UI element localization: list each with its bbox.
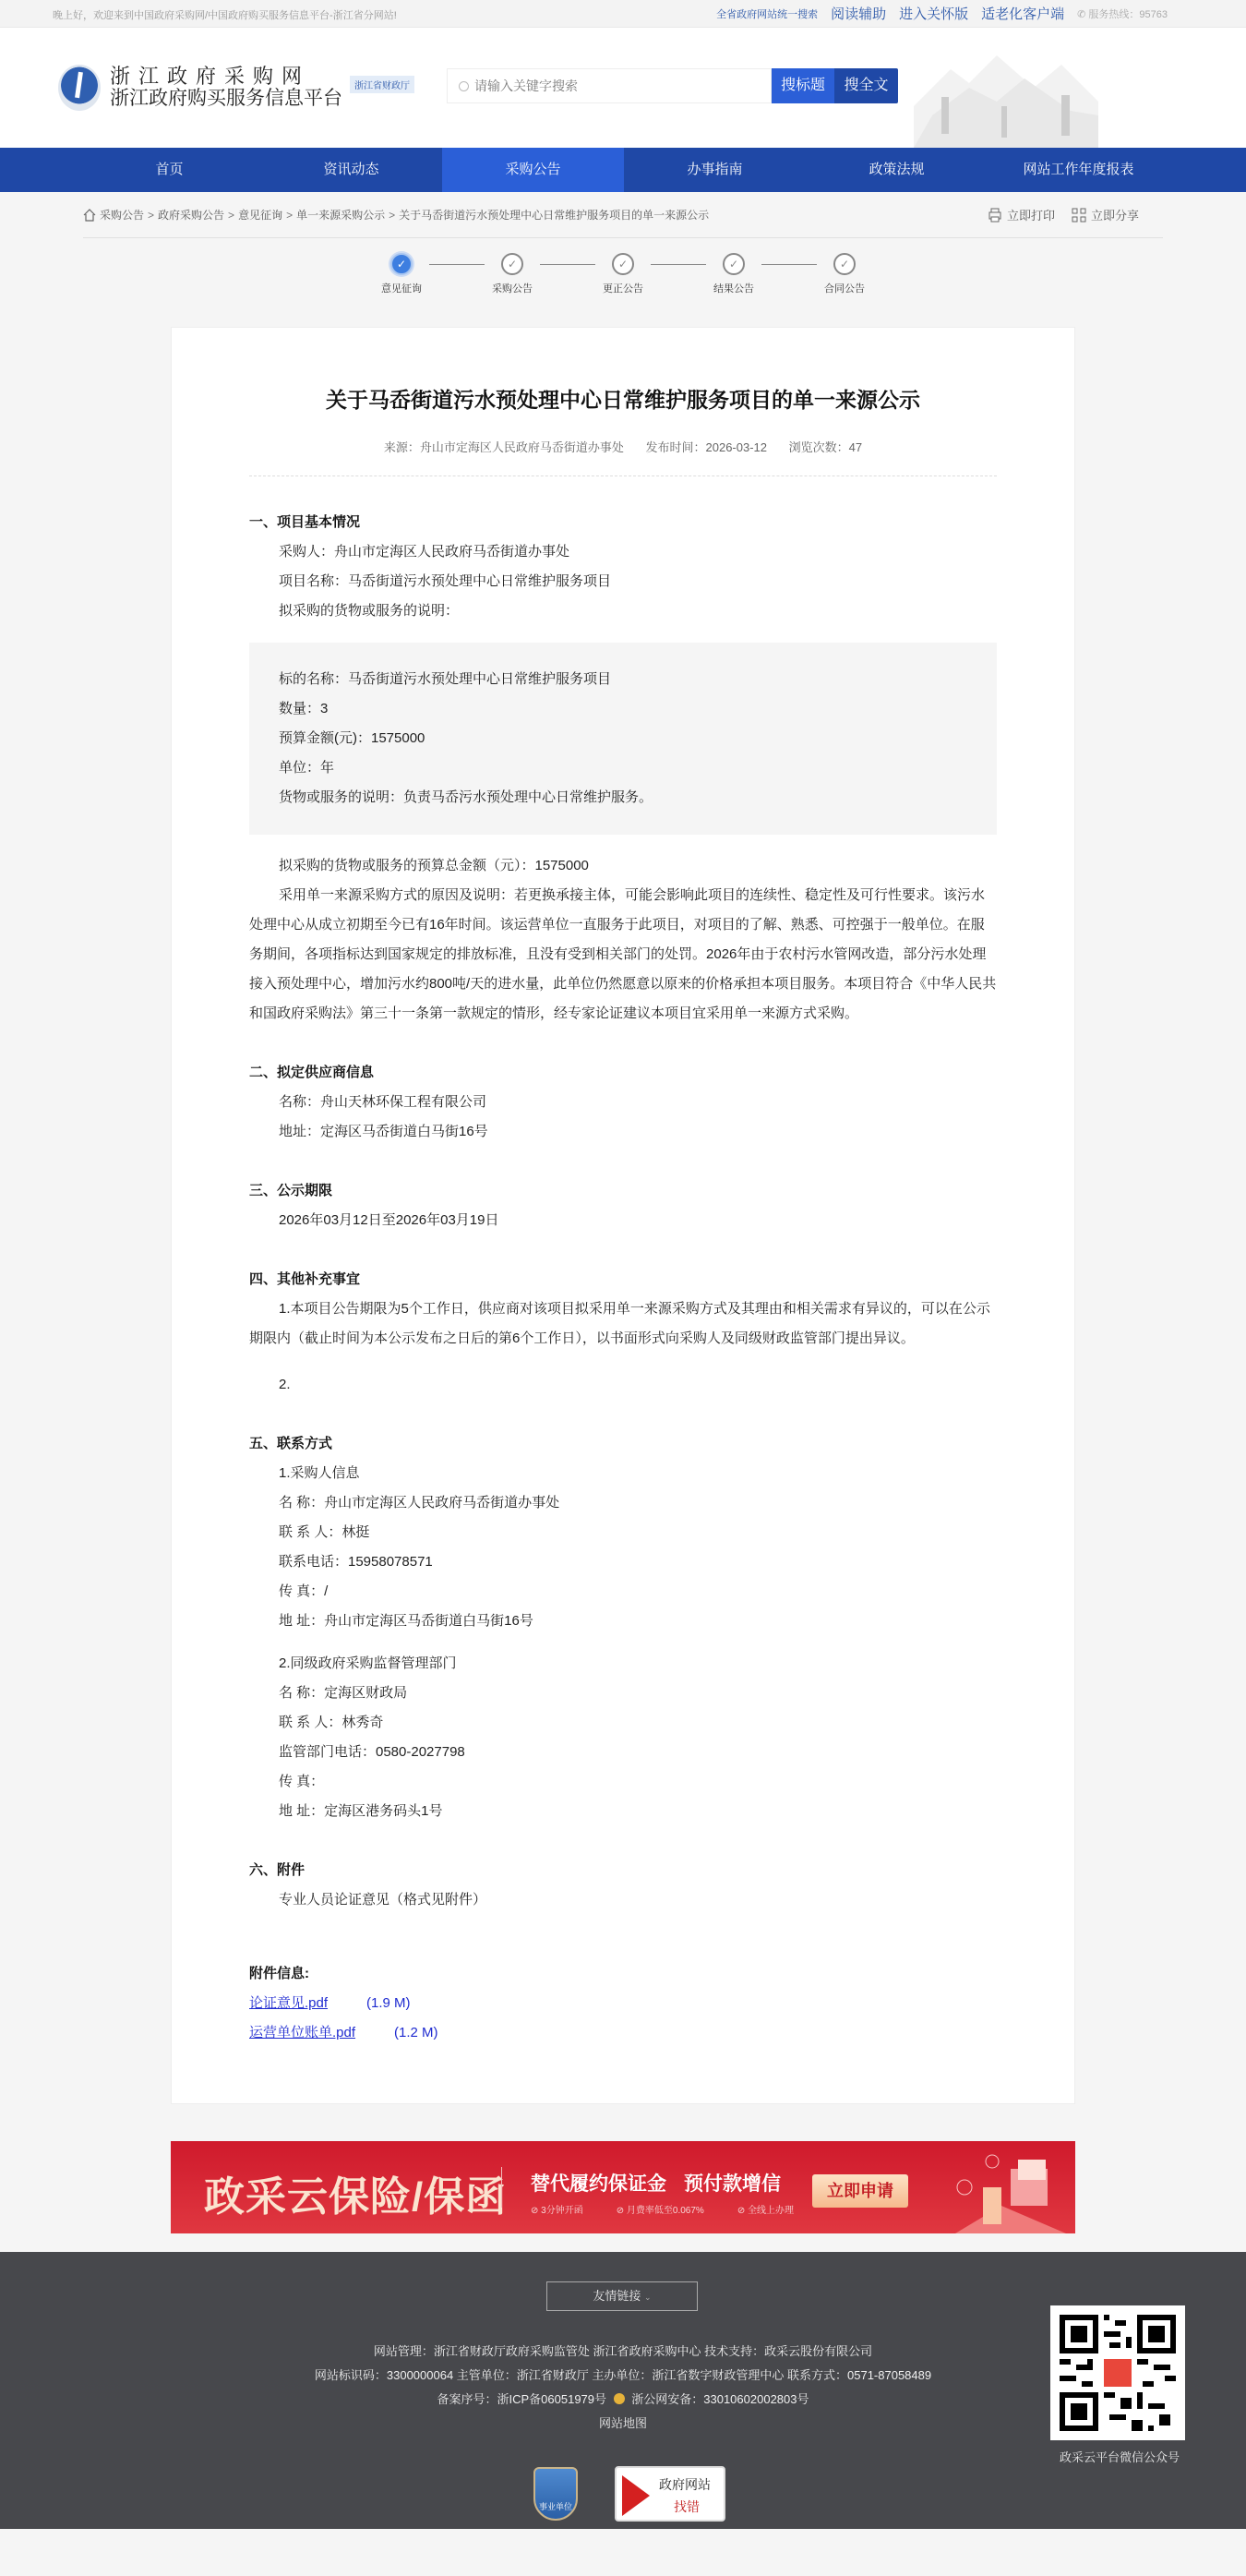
section-title: 一、项目基本情况	[249, 508, 997, 537]
nav-annual-report[interactable]: 网站工作年度报表	[988, 148, 1169, 192]
sitemap-link[interactable]: 网站地图	[599, 2416, 647, 2430]
nav-procurement-notices[interactable]: 采购公告	[442, 148, 624, 192]
section-title: 六、附件	[249, 1856, 997, 1885]
purchaser-contact-person: 联 系 人：林挺	[249, 1518, 997, 1547]
nav-home[interactable]: 首页	[78, 148, 260, 192]
step-contract[interactable]: ✓ 合同公告	[817, 253, 872, 295]
top-bar: 晚上好，欢迎来到中国政府采购网/中国政府购买服务信息平台-浙江省分网站! 全省政…	[0, 0, 1246, 28]
section-title: 四、其他补充事宜	[249, 1265, 997, 1294]
qr-share-icon	[1072, 208, 1086, 223]
nav-policies[interactable]: 政策法规	[806, 148, 988, 192]
isometric-illustration-icon	[937, 2150, 1066, 2233]
step-label: 采购公告	[492, 281, 533, 295]
check-icon: ⊘	[737, 2206, 748, 2216]
purchaser-fax: 传 真：/	[249, 1577, 997, 1607]
divider	[249, 475, 997, 476]
step-label: 意见征询	[381, 281, 422, 295]
breadcrumb: 采购公告 > 政府采购公告 > 意见征询 > 单一来源采购公示 > 关于马岙街道…	[83, 192, 1163, 238]
phone-icon: ✆	[1077, 9, 1088, 20]
goods-detail-box: 标的名称：马岙街道污水预处理中心日常维护服务项目 数量：3 预算金额(元)：15…	[249, 643, 997, 835]
friend-links-dropdown[interactable]: 友情链接 ⌄	[546, 2281, 698, 2311]
supervisor-fax: 传 真：	[249, 1767, 997, 1797]
check-icon: ✓	[612, 253, 634, 275]
section-title: 二、拟定供应商信息	[249, 1058, 997, 1088]
attachments-title: 附件信息:	[249, 1959, 997, 1989]
badge-error-text: 找错	[674, 2498, 700, 2516]
item-budget: 预算金额(元)：1575000	[249, 724, 997, 753]
banner-feature: ⊘ 全线上办理	[737, 2202, 794, 2216]
care-version-link[interactable]: 进入关怀版	[899, 4, 968, 23]
logo-subtitle: 浙江政府购买服务信息平台	[110, 88, 342, 110]
step-label: 结果公告	[713, 281, 754, 295]
notice-progress-steps: ✓ 意见征询 ✓ 采购公告 ✓ 更正公告 ✓ 结果公告 ✓ 合同公告	[0, 253, 1246, 327]
article-meta: 来源：舟山市定海区人民政府马岙街道办事处 发布时间：2026-03-12 浏览次…	[249, 438, 997, 455]
breadcrumb-single-source[interactable]: 单一来源采购公示	[296, 207, 385, 223]
wechat-qr-code	[1050, 2305, 1185, 2440]
attachment-row: 论证意见.pdf(1.9 M)	[249, 1989, 997, 2018]
search-fulltext-button[interactable]: 搜全文	[834, 68, 898, 103]
share-button[interactable]: 立即分享	[1072, 206, 1139, 223]
notice-period: 2026年03月12日至2026年03月19日	[249, 1206, 997, 1235]
step-connector	[429, 264, 485, 265]
search-title-button[interactable]: 搜标题	[772, 68, 834, 103]
attachment-link[interactable]: 论证意见.pdf	[249, 1995, 328, 2011]
step-label: 合同公告	[824, 281, 865, 295]
purchaser: 采购人：舟山市定海区人民政府马岙街道办事处	[249, 537, 997, 567]
qr-code-icon	[1060, 2315, 1176, 2431]
purchaser-phone: 联系电话：15958078571	[249, 1547, 997, 1577]
attachment-link[interactable]: 运营单位账单.pdf	[249, 2025, 355, 2040]
police-badge-icon	[614, 2393, 625, 2404]
supplier-address: 地址：定海区马岙街道白马街16号	[249, 1117, 997, 1147]
supplementary-item-1: 1.本项目公告期限为5个工作日，供应商对该项目拟采用单一来源采购方式及其理由和相…	[249, 1294, 997, 1354]
badge-error-text: 政府网站	[659, 2475, 711, 2494]
site-footer: 友情链接 ⌄ 网站管理：浙江省财政厅政府采购监管处 浙江省政府采购中心 技术支持…	[0, 2252, 1246, 2529]
welcome-text: 晚上好，欢迎来到中国政府采购网/中国政府购买服务信息平台-浙江省分网站!	[53, 7, 397, 22]
item-unit: 单位：年	[249, 753, 997, 783]
project-name: 项目名称：马岙街道污水预处理中心日常维护服务项目	[249, 567, 997, 596]
search-box[interactable]	[447, 68, 772, 103]
article-title: 关于马岙街道污水预处理中心日常维护服务项目的单一来源公示	[249, 383, 997, 414]
purchaser-contact-name: 名 称：舟山市定海区人民政府马岙街道办事处	[249, 1488, 997, 1518]
search-input[interactable]	[474, 78, 751, 93]
mountain-decoration-icon	[914, 51, 1098, 148]
banner-features: ⊘ 3分钟开函 ⊘ 月费率低至0.067% ⊘ 全线上办理	[531, 2202, 794, 2216]
check-icon: ⊘	[617, 2206, 627, 2216]
breadcrumb-gov-procurement[interactable]: 政府采购公告	[158, 207, 224, 223]
institution-badge-icon[interactable]: 事业单位	[533, 2467, 578, 2521]
breadcrumb-separator: >	[228, 209, 234, 222]
banner-feature: ⊘ 3分钟开函	[531, 2202, 583, 2216]
banner-headline: 政采云保险/保函	[204, 2163, 507, 2222]
emblem-icon	[58, 65, 101, 111]
goods-desc-label: 拟采购的货物或服务的说明：	[249, 596, 997, 626]
divider	[501, 2167, 502, 2208]
home-icon[interactable]	[83, 209, 96, 222]
police-record-link[interactable]: 浙公网安备：33010602002803号	[631, 2392, 809, 2406]
insurance-ad-banner[interactable]: 政采云保险/保函 替代履约保证金 预付款增信 ⊘ 3分钟开函 ⊘ 月费率低至0.…	[171, 2141, 1075, 2233]
hotline-text: 服务热线：95763	[1088, 9, 1168, 20]
article: 关于马岙街道污水预处理中心日常维护服务项目的单一来源公示 来源：舟山市定海区人民…	[171, 327, 1075, 2104]
search-icon	[459, 81, 469, 91]
print-label: 立即打印	[1007, 206, 1055, 223]
section-title: 三、公示期限	[249, 1176, 997, 1206]
share-label: 立即分享	[1091, 206, 1139, 223]
main-nav: 首页 资讯动态 采购公告 办事指南 政策法规 网站工作年度报表	[0, 148, 1246, 192]
banner-sub1: 替代履约保证金	[531, 2169, 666, 2197]
supplementary-item-2: 2.	[249, 1370, 997, 1400]
supervisor-contact-person: 联 系 人：林秀奇	[249, 1708, 997, 1738]
site-logo[interactable]: 浙江政府采购网 浙江政府购买服务信息平台 浙江省财政厅	[58, 65, 414, 111]
attachment-note: 专业人员论证意见（格式见附件）	[249, 1885, 997, 1915]
check-icon: ⊘	[531, 2206, 541, 2216]
printer-icon	[988, 208, 1002, 223]
breadcrumb-separator: >	[148, 209, 154, 222]
attachment-row: 运营单位账单.pdf(1.2 M)	[249, 2018, 997, 2048]
elderly-client-link[interactable]: 适老化客户端	[981, 4, 1064, 23]
check-icon: ✓	[501, 253, 523, 275]
report-error-badge[interactable]: 政府网站 找错	[615, 2466, 725, 2522]
supplier-name: 名称：舟山天林环保工程有限公司	[249, 1088, 997, 1117]
supervisor-name: 名 称：定海区财政局	[249, 1679, 997, 1708]
purchaser-info-heading: 1.采购人信息	[249, 1459, 997, 1488]
print-button[interactable]: 立即打印	[988, 206, 1055, 223]
item-name: 标的名称：马岙街道污水预处理中心日常维护服务项目	[249, 665, 997, 694]
banner-feature: ⊘ 月费率低至0.067%	[617, 2202, 704, 2216]
step-connector	[651, 264, 706, 265]
friend-links-label: 友情链接	[593, 2289, 641, 2303]
supervisor-address: 地 址：定海区港务码头1号	[249, 1797, 997, 1826]
step-correction[interactable]: ✓ 更正公告	[595, 253, 651, 295]
check-icon: ✓	[723, 253, 745, 275]
logo-badge: 浙江省财政厅	[350, 76, 414, 93]
total-budget: 拟采购的货物或服务的预算总金额（元）：1575000	[249, 851, 997, 881]
step-connector	[540, 264, 595, 265]
step-label: 更正公告	[603, 281, 643, 295]
item-quantity: 数量：3	[249, 694, 997, 724]
attachment-size: (1.2 M)	[394, 2025, 438, 2040]
breadcrumb-current: 关于马岙街道污水预处理中心日常维护服务项目的单一来源公示	[399, 207, 709, 223]
step-consultation[interactable]: ✓ 意见征询	[374, 253, 429, 295]
banner-sub2: 预付款增信	[684, 2169, 781, 2197]
breadcrumb-separator: >	[286, 209, 293, 222]
purchaser-address: 地 址：舟山市定海区马岙街道白马街16号	[249, 1607, 997, 1636]
check-icon: ✓	[390, 253, 413, 275]
check-icon: ✓	[833, 253, 856, 275]
province-search-link[interactable]: 全省政府网站统一搜索	[716, 6, 818, 21]
item-desc: 货物或服务的说明：负责马岙污水预处理中心日常维护服务。	[249, 783, 997, 813]
qr-caption: 政采云平台微信公众号	[1041, 2448, 1198, 2465]
site-header: 浙江政府采购网 浙江政府购买服务信息平台 浙江省财政厅 搜标题 搜全文	[0, 28, 1246, 148]
supervisor-phone: 监管部门电话：0580-2027798	[249, 1738, 997, 1767]
breadcrumb-consultation[interactable]: 意见征询	[238, 207, 282, 223]
hotline: ✆ 服务热线：95763	[1077, 6, 1168, 21]
nav-guide[interactable]: 办事指南	[624, 148, 806, 192]
breadcrumb-procurement-notices[interactable]: 采购公告	[100, 207, 144, 223]
supervisor-heading: 2.同级政府采购监督管理部门	[249, 1649, 997, 1679]
step-procurement[interactable]: ✓ 采购公告	[485, 253, 540, 295]
article-views: 浏览次数：47	[789, 440, 862, 454]
step-result[interactable]: ✓ 结果公告	[706, 253, 761, 295]
reading-assist-link[interactable]: 阅读辅助	[831, 4, 886, 23]
chevron-down-icon: ⌄	[644, 2293, 652, 2302]
icp-link[interactable]: 备案序号：浙ICP备06051979号	[437, 2392, 607, 2406]
breadcrumb-separator: >	[389, 209, 395, 222]
nav-news[interactable]: 资讯动态	[260, 148, 442, 192]
logo-title: 浙江政府采购网	[110, 66, 342, 88]
article-source: 来源：舟山市定海区人民政府马岙街道办事处	[384, 440, 624, 454]
section-title: 五、联系方式	[249, 1429, 997, 1459]
attachment-size: (1.9 M)	[366, 1995, 411, 2011]
footer-badges: 事业单位 政府网站 找错	[533, 2466, 725, 2522]
article-publish-time: 发布时间：2026-03-12	[646, 440, 768, 454]
single-source-reason: 采用单一来源采购方式的原因及说明：若更换承接主体，可能会影响此项目的连续性、稳定…	[249, 881, 997, 1029]
magnifier-icon	[622, 2475, 650, 2516]
step-connector	[761, 264, 817, 265]
apply-now-button[interactable]: 立即申请	[812, 2174, 908, 2208]
